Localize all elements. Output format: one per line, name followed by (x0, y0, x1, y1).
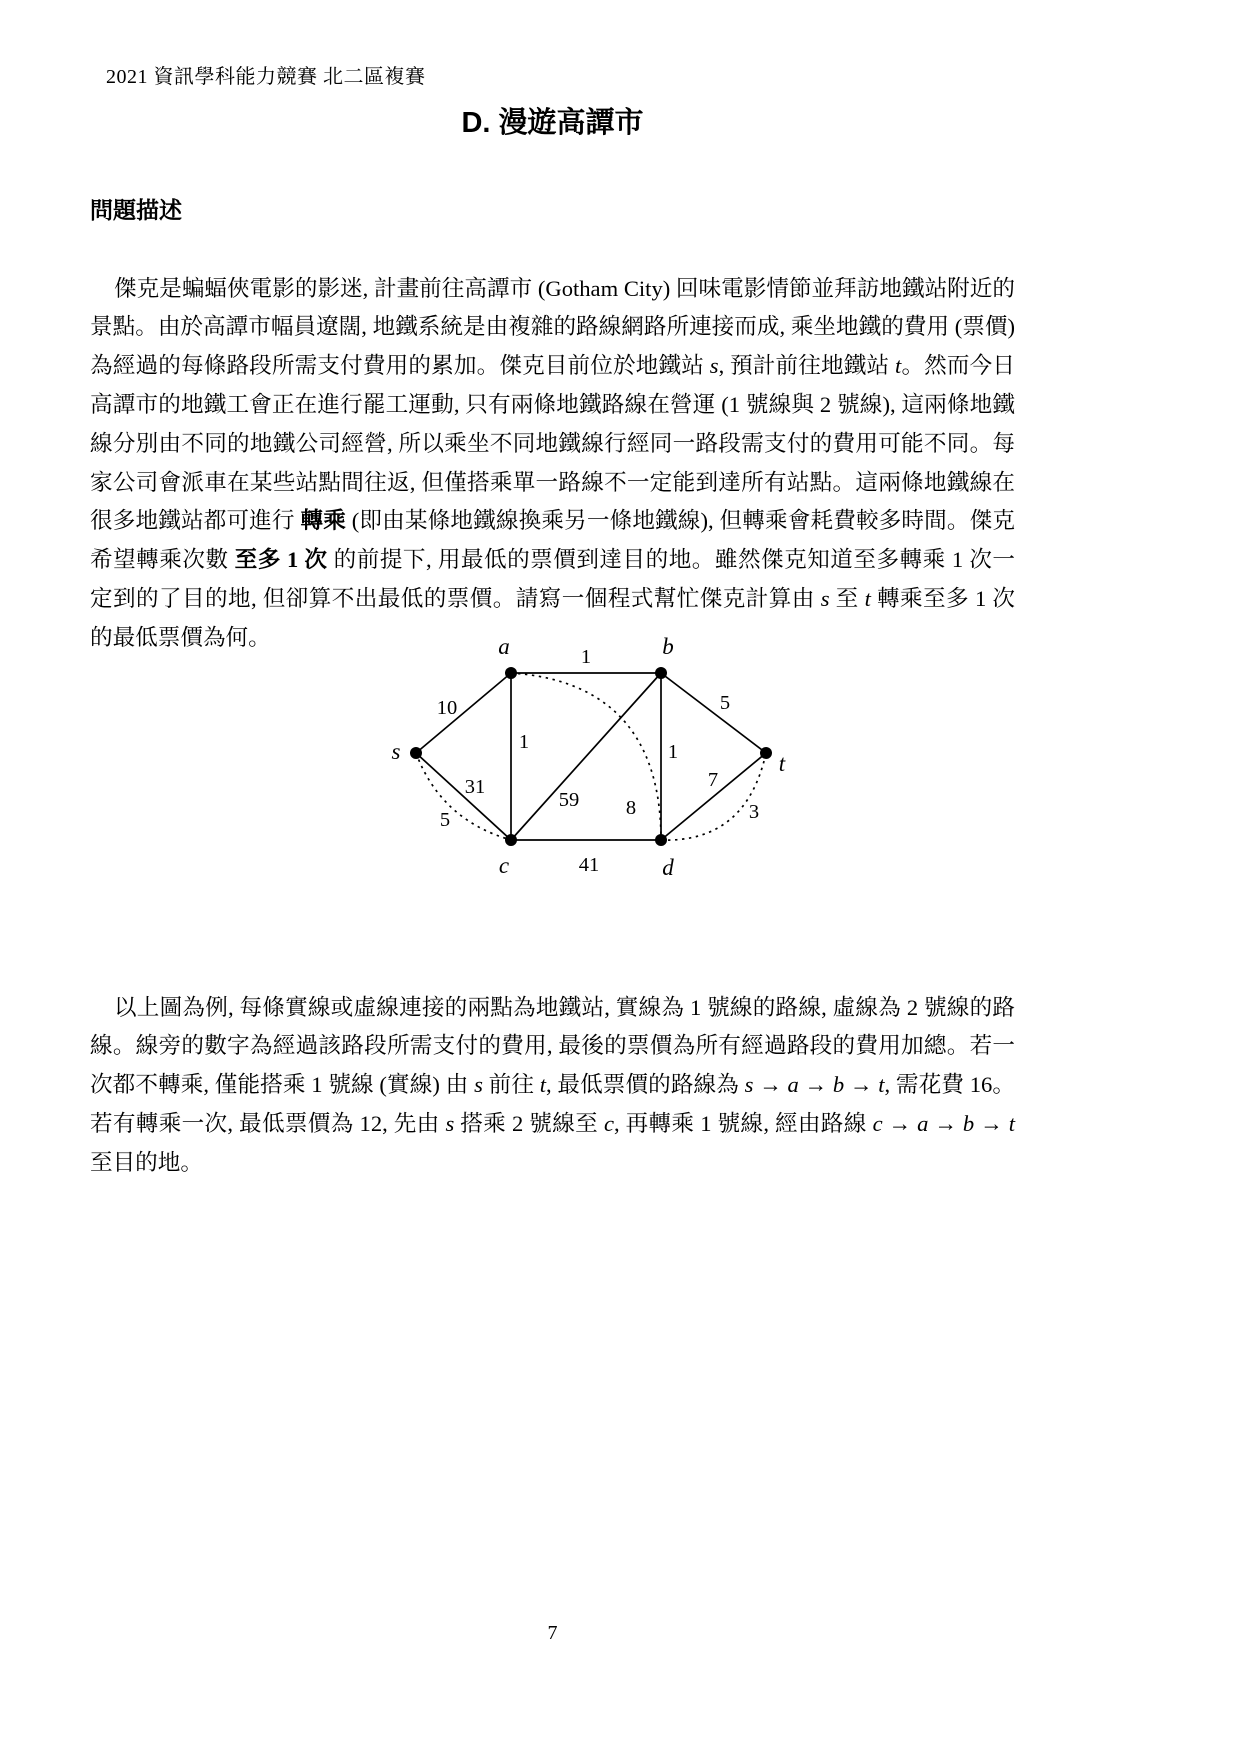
station-node-a (505, 667, 517, 679)
edge-c-b-line1 (511, 673, 661, 840)
page-number: 7 (90, 1622, 1015, 1645)
edge-weight-c-d: 41 (578, 854, 599, 876)
station-node-t (760, 747, 772, 759)
station-label-d: d (662, 855, 674, 880)
station-label-a: a (498, 634, 510, 659)
section-heading-problem-description: 問題描述 (90, 192, 182, 225)
edge-weight-d-t: 7 (707, 769, 717, 791)
page-title: D. 漫遊高譚市 (90, 100, 1015, 141)
station-node-c (505, 834, 517, 846)
text-run-math: s → a → b → t (745, 1072, 885, 1097)
example-description-paragraph: 以上圖為例, 每條實線或虛線連接的兩點為地鐵站, 實線為 1 號線的路線, 虛線… (90, 989, 1015, 1183)
edge-weight-s-a: 10 (436, 697, 457, 719)
station-label-t: t (778, 751, 785, 776)
example-graph-figure: 1015113159417583sabtcd (90, 628, 1015, 889)
text-run-bold: 轉乘 (300, 508, 345, 533)
text-run: 至目的地。 (90, 1150, 203, 1175)
text-run: 。然而今日高譚市的地鐵工會正在進行罷工運動, 只有兩條地鐵路線在營運 (1 號線… (90, 353, 1015, 533)
text-run: 搭乘 2 號線至 (454, 1111, 604, 1136)
text-run-math: s (474, 1072, 483, 1097)
edge-weight-a-c: 1 (518, 731, 528, 753)
text-run: , 再轉乘 1 號線, 經由路線 (614, 1111, 873, 1136)
text-run: , 預計前往地鐵站 (719, 353, 895, 378)
edge-s-a-line1 (416, 673, 511, 753)
station-node-b (655, 667, 667, 679)
text-run-bold: 至多 1 次 (235, 547, 328, 572)
station-label-s: s (391, 739, 400, 764)
text-run: 至 (830, 586, 865, 611)
station-node-s (410, 747, 422, 759)
text-run: 前往 (483, 1072, 540, 1097)
text-run-math: s (821, 586, 830, 611)
edge-weight-s-c: 31 (464, 776, 485, 798)
edge-weight-b-t: 5 (719, 692, 729, 714)
station-node-d (655, 834, 667, 846)
text-run-math: s (446, 1111, 455, 1136)
text-run-math: s (710, 353, 719, 378)
edge-weight-a-d: 8 (625, 797, 635, 819)
edge-weight-a-b: 1 (580, 646, 590, 668)
problem-description-paragraph: 傑克是蝙蝠俠電影的影迷, 計畫前往高譚市 (Gotham City) 回味電影情… (90, 270, 1015, 658)
document-header: 2021 資訊學科能力競賽 北二區複賽 (106, 60, 426, 89)
text-run-math: c (604, 1111, 614, 1136)
edge-weight-s-c: 5 (439, 809, 449, 831)
text-run: , 最低票價的路線為 (546, 1072, 745, 1097)
edge-s-c-line1 (416, 753, 511, 840)
station-label-c: c (498, 853, 508, 878)
edge-weight-b-d: 1 (667, 741, 677, 763)
document-page: 2021 資訊學科能力競賽 北二區複賽 D. 漫遊高譚市 問題描述 傑克是蝙蝠俠… (0, 0, 1241, 1754)
text-run-math: c → a → b → t (873, 1111, 1015, 1136)
edge-weight-d-t: 3 (748, 801, 758, 823)
station-label-b: b (662, 634, 674, 659)
edge-weight-c-b: 59 (558, 789, 579, 811)
metro-graph-svg: 1015113159417583sabtcd (361, 628, 801, 884)
edge-d-t-line1 (661, 753, 766, 840)
